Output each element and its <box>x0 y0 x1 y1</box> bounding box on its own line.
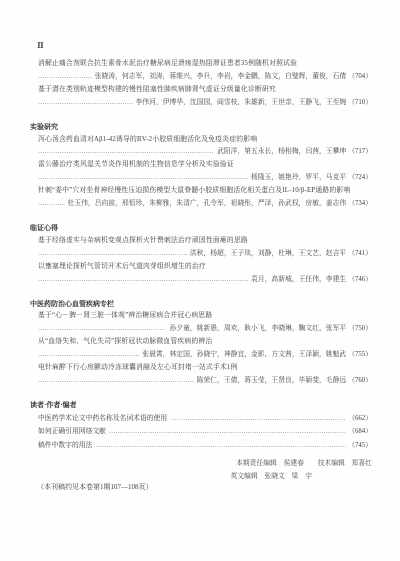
reader-item-title: 稿件中数字的用法 <box>38 439 92 453</box>
article-authors-line: …………………………………………………………………………………………………………… <box>30 146 372 159</box>
article-authors-line: …………………………………………………………………………………………………………… <box>30 97 372 110</box>
article-authors: 陈荣仁，王倩，蒋玉莹，王贤良，毕颖斐，毛静远 <box>197 375 347 388</box>
article-entry: 以壅塞理论探析气管切开术后气道肉芽组织增生的治疗 ………………………………………… <box>30 261 372 287</box>
article-title: 泻心汤含药血清对Aβ1-42诱导的BV-2小胶质细胞活化及免疫炎症的影响 <box>30 134 372 147</box>
reader-item-title: 如何正确引用网络文献 <box>38 425 106 439</box>
article-entry: 基于经络虚实与杂病机变观点探析火针赞刺法治疗顽固性面瘫的思路 ………………………… <box>30 235 372 261</box>
article-title: 以壅塞理论探析气管切开术后气道肉芽组织增生的治疗 <box>30 261 372 274</box>
article-authors: 张晓涛，何志军，刘涛，蒋维兴，李升，李岩，李金鹏，陈文，白璧辉，董俊，石倩 <box>95 71 346 84</box>
section-header: 临证心得 <box>30 222 372 235</box>
toc-content: 消解止痛合剂联合抗生素骨水泥治疗糖尿病足溃疡湿热阻滞证患者35例随机对照试验 …… <box>30 58 372 483</box>
submission-note: （本刊稿约见本卷第1期107—108页） <box>37 482 153 492</box>
article-entry: 电针麻醉下行心房颤动冷冻球囊消融及左心耳封堵一站式手术1例 …………………………… <box>30 362 372 388</box>
article-authors-line: …………………………………………………………………………………………………………… <box>30 248 372 261</box>
article-entry: 基于“心－脾－肾三脏一体观”辨治糖尿病合并冠心病思路 …………………………………… <box>30 310 372 336</box>
article-title: 从“血络失和、气化失司”探析冠状动脉微血管疾病的辨治 <box>30 336 372 349</box>
dot-leader: …………………………………………………………………………………………………………… <box>38 274 248 287</box>
section-experimental-research: 实验研究 泻心汤含药血清对Aβ1-42诱导的BV-2小胶质细胞活化及免疫炎症的影… <box>30 121 372 211</box>
article-authors-line: …………………………………………………………………………………………………………… <box>30 71 372 84</box>
section-continued: 消解止痛合剂联合抗生素骨水泥治疗糖尿病足溃疡湿热阻滞证患者35例随机对照试验 …… <box>30 58 372 110</box>
article-authors: 张晨霄，林定国，孙晓宁，神静宜，金影，方文茜，王泽颖，姚魁武 <box>142 349 346 362</box>
article-title: 针刺“委中”穴对坐骨神经慢性压迫损伤模型大鼠脊髓小胶质细胞活化相关蛋白及IL-1… <box>30 185 372 198</box>
article-authors: 孙夕童，姚新愚，周欢，耿小飞，李晓琳，鞠文红，张军平 <box>169 323 346 336</box>
article-page-number: （704） <box>348 71 372 84</box>
dot-leader: …………………………………………………………………………………………………………… <box>38 172 248 185</box>
article-title: 基于“心－脾－肾三脏一体观”辨治糖尿病合并冠心病思路 <box>30 310 372 323</box>
article-authors-line: …………………………………………………………………………………………………………… <box>30 172 372 185</box>
article-authors-line: …………………………………………………………………………………………………………… <box>30 274 372 287</box>
journal-toc-page: Ⅱ 消解止痛合剂联合抗生素骨水泥治疗糖尿病足溃疡湿热阻滞证患者35例随机对照试验… <box>0 0 400 561</box>
article-authors: 袁月，高新城，王任伟，李建生 <box>251 274 346 287</box>
reader-item: 稿件中数字的用法 …………………………………………………………………………………… <box>30 439 372 453</box>
article-title: 电针麻醉下行心房颤动冷冻球囊消融及左心耳封堵一站式手术1例 <box>30 362 372 375</box>
article-page-number: （717） <box>348 146 372 159</box>
reader-item: 中医药学术论文中药名称及名词术语的使用 ……………………………………………………… <box>30 412 372 426</box>
article-authors: 武阳洋，第五永长，杨相梅，闫茜，王攀坤 <box>217 146 346 159</box>
editor-credits: 本期责任编辑 侯建春 技术编辑 郑喜红 英文编辑 张晓文 梁 宇 <box>30 457 372 483</box>
article-page-number: （741） <box>348 248 372 261</box>
article-authors-line: …………………………………………………………………………………………………………… <box>30 198 372 211</box>
editor-credits-line1: 本期责任编辑 侯建春 技术编辑 郑喜红 <box>30 457 372 470</box>
article-authors-line: …………………………………………………………………………………………………………… <box>30 375 372 388</box>
dot-leader: …………………………………………………………………………………………………………… <box>170 412 346 426</box>
article-title: 基于潜在类别轨迹模型构建的慢性阻塞性肺疾病肺肾气虚证分级量化诊断研究 <box>30 84 372 97</box>
article-authors: 杨隆玉，姚艳玲，罗平，马克平 <box>251 172 346 185</box>
article-entry: 泻心汤含药血清对Aβ1-42诱导的BV-2小胶质细胞活化及免疫炎症的影响 ………… <box>30 134 372 160</box>
article-entry: 从“血络失和、气化失司”探析冠状动脉微血管疾病的辨治 …………………………………… <box>30 336 372 362</box>
dot-leader: …………………………………………………………………………………………………………… <box>38 248 187 261</box>
article-entry: 基于潜在类别轨迹模型构建的慢性阻塞性肺疾病肺肾气虚证分级量化诊断研究 ……………… <box>30 84 372 110</box>
dot-leader: …………………………………………………………………………………………………………… <box>38 198 65 211</box>
article-authors-line: …………………………………………………………………………………………………………… <box>30 323 372 336</box>
article-authors: 杜玉伟，吕向前，邢恒珍，朱柳雅，朱清广，孔令军，祖晓彤，严泽，孙武权，房敏，姜志… <box>68 198 347 211</box>
dot-leader: …………………………………………………………………………………………………………… <box>38 97 133 110</box>
reader-item: 如何正确引用网络文献 ……………………………………………………………………………… <box>30 425 372 439</box>
article-title: 消解止痛合剂联合抗生素骨水泥治疗糖尿病足溃疡湿热阻滞证患者35例随机对照试验 <box>30 58 372 71</box>
section-header: 中医药防治心血管疾病专栏 <box>30 298 372 311</box>
article-authors: 洪秋，杨超，王子琰，刘静，杜琳，王文艺，赵吉平 <box>190 248 346 261</box>
article-page-number: （755） <box>348 349 372 362</box>
article-title: 基于经络虚实与杂病机变观点探析火针赞刺法治疗顽固性面瘫的思路 <box>30 235 372 248</box>
reader-item-title: 中医药学术论文中药名称及名词术语的使用 <box>38 412 167 426</box>
section-clinical-insights: 临证心得 基于经络虚实与杂病机变观点探析火针赞刺法治疗顽固性面瘫的思路 …………… <box>30 222 372 287</box>
article-page-number: （760） <box>348 375 372 388</box>
article-page-number: （750） <box>348 323 372 336</box>
dot-leader: …………………………………………………………………………………………………………… <box>38 375 194 388</box>
section-cardiovascular-column: 中医药防治心血管疾病专栏 基于“心－脾－肾三脏一体观”辨治糖尿病合并冠心病思路 … <box>30 298 372 388</box>
article-page-number: （710） <box>348 97 372 110</box>
article-page-number: （734） <box>348 198 372 211</box>
article-page-number: （746） <box>348 274 372 287</box>
dot-leader: …………………………………………………………………………………………………………… <box>38 71 92 84</box>
section-reader-author-editor: 读者·作者·编者 中医药学术论文中药名称及名词术语的使用 ……………………………… <box>30 399 372 453</box>
article-entry: 消解止痛合剂联合抗生素骨水泥治疗糖尿病足溃疡湿热阻滞证患者35例随机对照试验 …… <box>30 58 372 84</box>
article-title: 雷公藤治疗类风湿关节炎作用机制的生物信息学分析及实验验证 <box>30 159 372 172</box>
dot-leader: …………………………………………………………………………………………………………… <box>38 323 166 336</box>
section-header: 实验研究 <box>30 121 372 134</box>
dot-leader: …………………………………………………………………………………………………………… <box>38 146 214 159</box>
page-marker: Ⅱ <box>37 40 44 50</box>
reader-item-page-number: （662） <box>348 412 372 426</box>
dot-leader: …………………………………………………………………………………………………………… <box>109 425 346 439</box>
article-entry: 雷公藤治疗类风湿关节炎作用机制的生物信息学分析及实验验证 ……………………………… <box>30 159 372 185</box>
section-header: 读者·作者·编者 <box>30 399 372 412</box>
article-entry: 针刺“委中”穴对坐骨神经慢性压迫损伤模型大鼠脊髓小胶质细胞活化相关蛋白及IL-1… <box>30 185 372 211</box>
editor-credits-line2: 英文编辑 张晓文 梁 宇 <box>30 470 372 483</box>
article-authors: 李伟河，伊博华，沈国园，阎雪枝，朱雄新，王世亲，王静飞，王至婉 <box>136 97 347 110</box>
reader-item-page-number: （745） <box>348 439 372 453</box>
dot-leader: …………………………………………………………………………………………………………… <box>38 349 139 362</box>
dot-leader: …………………………………………………………………………………………………………… <box>95 439 346 453</box>
article-authors-line: …………………………………………………………………………………………………………… <box>30 349 372 362</box>
reader-item-page-number: （684） <box>348 425 372 439</box>
article-page-number: （724） <box>348 172 372 185</box>
